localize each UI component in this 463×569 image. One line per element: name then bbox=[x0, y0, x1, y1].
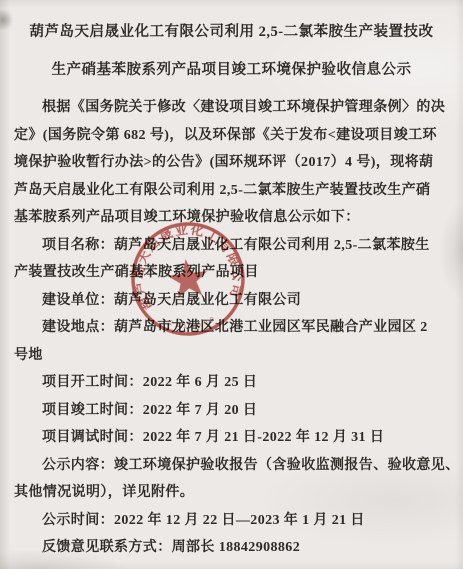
document-title: 葫芦岛天启晟业化工有限公司利用 2,5-二氯苯胺生产装置技改 生产硝基苯胺系列产… bbox=[0, 0, 463, 89]
scanned-notice-page: 葫芦岛天启晟业化工有限公司利用 2,5-二氯苯胺生产装置技改 生产硝基苯胺系列产… bbox=[0, 0, 463, 569]
line-notice-content-1: 公示内容：竣工环境保护验收报告（含验收监测报告、验收意见、 bbox=[14, 452, 451, 480]
line-notice-content-2: 其他情况说明），详见附件。 bbox=[14, 479, 451, 507]
line-project-name-2: 产装置技改生产硝基苯胺系列产品项目 bbox=[14, 259, 451, 287]
line-build-site-1: 建设地点：葫芦岛市龙港区北港工业园区军民融合产业园区 2 bbox=[14, 314, 451, 342]
title-line-2: 生产硝基苯胺系列产品项目竣工环境保护验收信息公示 bbox=[0, 51, 463, 89]
line-regulation-3: 境保护验收暂行办法>的公告》(国环规环评（2017）4 号)，现将葫 bbox=[14, 149, 451, 177]
title-line-1: 葫芦岛天启晟业化工有限公司利用 2,5-二氯苯胺生产装置技改 bbox=[0, 13, 463, 51]
line-completion-date: 项目竣工时间：2022 年 7 月 20 日 bbox=[14, 397, 451, 425]
line-regulation-5: 基苯胺系列产品项目竣工环境保护验收信息公示如下： bbox=[14, 204, 451, 232]
line-public-period: 公示时间：2022 年 12 月 22 日—2023 年 1 月 21 日 bbox=[14, 507, 451, 535]
line-contact-info: 反馈意见联系方式：周部长 18842908862 bbox=[14, 534, 451, 562]
line-project-name-1: 项目名称：葫芦岛天启晟业化工有限公司利用 2,5-二氯苯胺生 bbox=[14, 232, 451, 260]
line-build-site-2: 号地 bbox=[14, 342, 451, 370]
document-body: 根据《国务院关于修改〈建设项目竣工环境保护管理条例〉的决 定》(国务院令第 68… bbox=[0, 89, 463, 562]
line-trial-date: 项目调试时间：2022 年 7 月 21 日-2022 年 12 月 31 日 bbox=[14, 424, 451, 452]
line-regulation-2: 定》(国务院令第 682 号)，以及环保部《关于发布<建设项目竣工环 bbox=[14, 122, 451, 150]
line-regulation-4: 芦岛天启晟业化工有限公司利用 2,5-二氯苯胺生产装置技改生产硝 bbox=[14, 177, 451, 205]
line-regulation-1: 根据《国务院关于修改〈建设项目竣工环境保护管理条例〉的决 bbox=[14, 94, 451, 122]
line-build-unit: 建设单位：葫芦岛天启晟业化工有限公司 bbox=[14, 287, 451, 315]
line-start-date: 项目开工时间：2022 年 6 月 25 日 bbox=[14, 369, 451, 397]
